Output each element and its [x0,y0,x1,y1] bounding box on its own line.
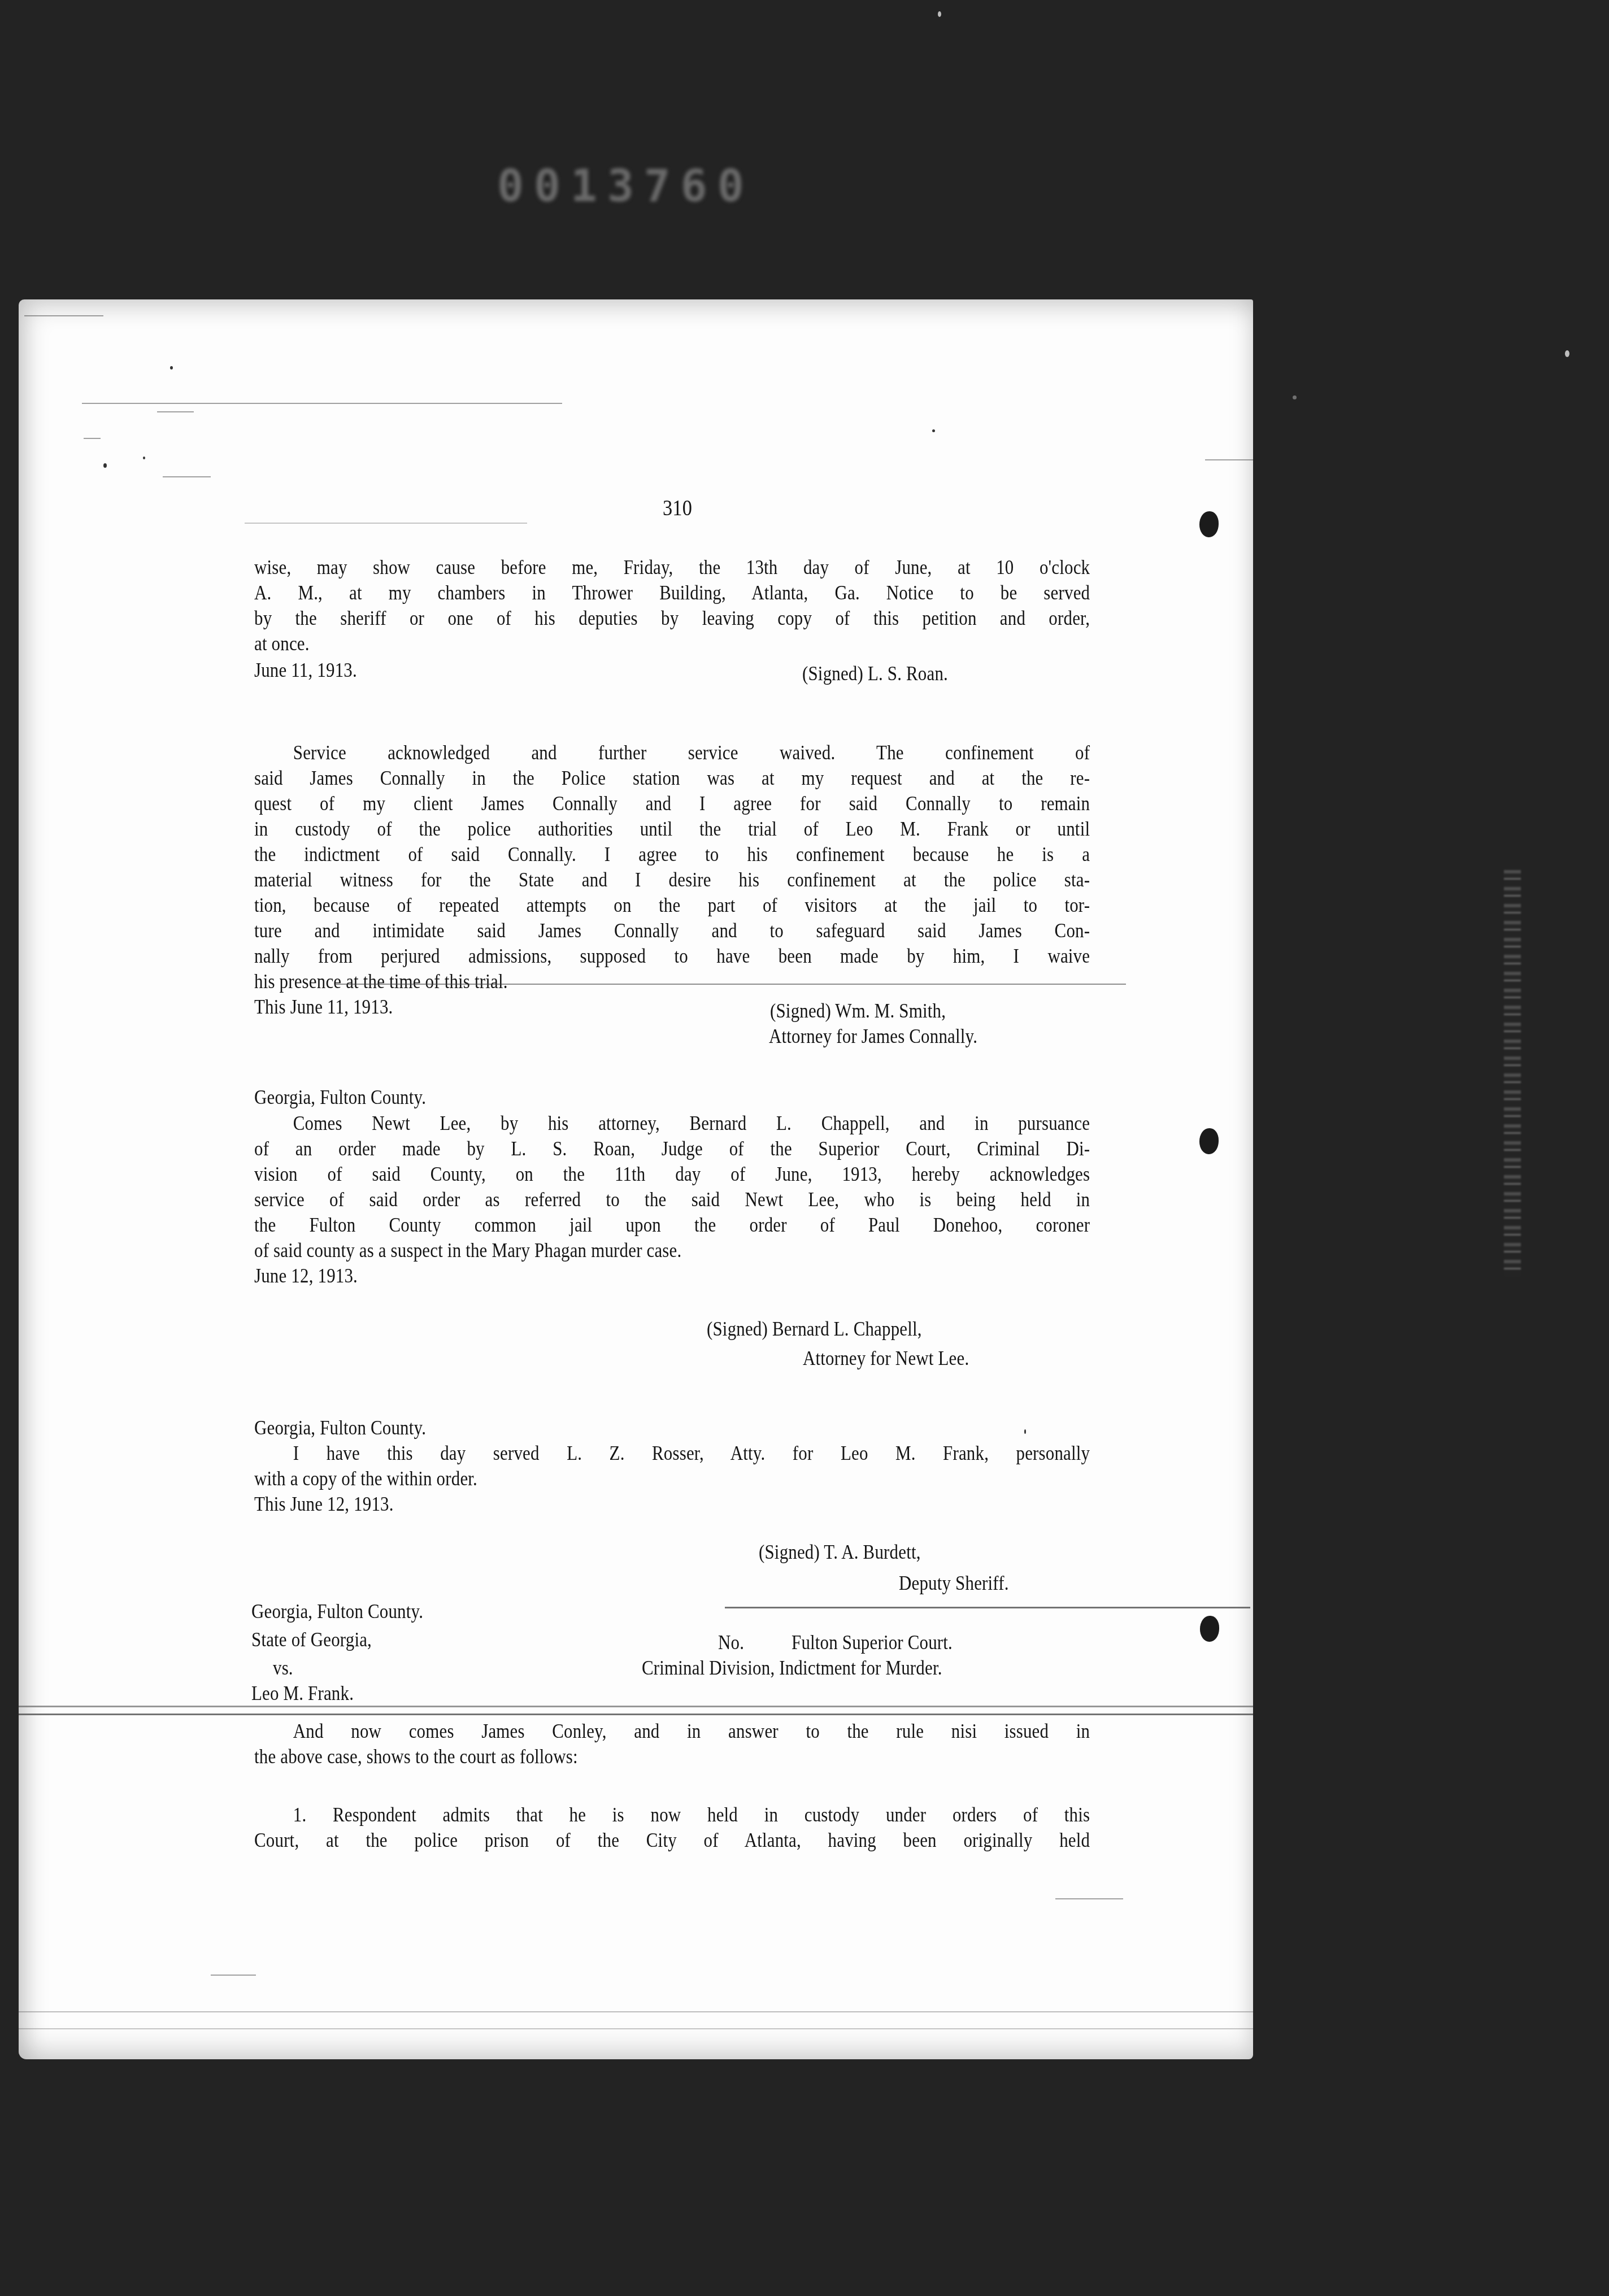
punch-hole [1199,511,1219,537]
text-line: And now comes James Conley, and in answe… [254,1719,1090,1744]
caption-versus: vs. [273,1655,293,1681]
smith-title: Attorney for James Connally. [769,1024,977,1049]
text-line: said James Connally in the Police statio… [254,766,1090,791]
text-line: the Fulton County common jail upon the o… [254,1212,1090,1238]
rule-line [725,1607,1250,1608]
text-line: Comes Newt Lee, by his attorney, Bernard… [254,1111,1090,1136]
caption-number-label: No. [718,1630,744,1655]
order-date: June 11, 1913. [254,658,357,683]
text-line: I have this day served L. Z. Rosser, Att… [254,1441,1090,1466]
text-line: quest of my client James Connally and I … [254,791,1090,816]
burdett-return: I have this day served L. Z. Rosser, Att… [254,1441,1090,1491]
rule-line [24,315,103,316]
roan-signature: (Signed) L. S. Roan. [802,661,948,686]
text-line: of said county as a suspect in the Mary … [254,1238,1090,1263]
rule-line [211,1975,256,1976]
smith-date: This June 11, 1913. [254,994,393,1020]
microfilm-frame-number: 0013760 [497,161,754,212]
chappell-acknowledgment: Comes Newt Lee, by his attorney, Bernard… [254,1111,1090,1263]
caption-rule [19,1714,1253,1715]
page-number: 310 [663,495,692,520]
text-line: Service acknowledged and further service… [254,740,1090,766]
text-line: service of said order as referred to the… [254,1187,1090,1212]
text-line: nally from perjured admissions, supposed… [254,943,1090,969]
rule-line [82,403,562,404]
text-line: vision of said County, on the 11th day o… [254,1162,1090,1187]
caption-venue: Georgia, Fulton County. [251,1599,423,1624]
text-line: his presence at the time of this trial. [254,969,1090,994]
text-line: A. M., at my chambers in Thrower Buildin… [254,580,1090,606]
scan-speck [938,11,941,17]
caption-defendant: Leo M. Frank. [251,1681,354,1706]
caption-division: Criminal Division, Indictment for Murder… [642,1655,942,1681]
rule-line [84,438,101,439]
text-line: by the sheriff or one of his deputies by… [254,606,1090,631]
text-line: the indictment of said Connally. I agree… [254,842,1090,867]
film-band [19,2028,1253,2029]
dust-speck [932,429,935,432]
smith-acknowledgment: Service acknowledged and further service… [254,740,1090,994]
text-line: of an order made by L. S. Roan, Judge of… [254,1136,1090,1162]
text-line: Court, at the police prison of the City … [254,1828,1090,1853]
text-line: with a copy of the within order. [254,1466,1090,1491]
text-line: the above case, shows to the court as fo… [254,1744,1090,1769]
caption-plaintiff: State of Georgia, [251,1627,372,1653]
conley-intro: And now comes James Conley, and in answe… [254,1719,1090,1769]
chappell-date: June 12, 1913. [254,1263,358,1289]
strike-line [335,984,1126,985]
caption-rule [19,1706,1253,1707]
smith-signature: (Signed) Wm. M. Smith, [770,998,946,1024]
dust-speck [170,366,173,369]
punch-hole [1199,1128,1219,1154]
punch-hole [1200,1616,1219,1642]
caption-court: Fulton Superior Court. [792,1630,953,1655]
rule-line [1205,459,1253,460]
burdett-title: Deputy Sheriff. [899,1571,1009,1596]
chappell-title: Attorney for Newt Lee. [803,1346,969,1371]
order-continuation: wise, may show cause before me, Friday, … [254,555,1090,656]
film-band [19,2011,1253,2012]
document-page: 310 wise, may show cause before me, Frid… [19,299,1253,2059]
scan-speck [1565,350,1569,357]
scan-speck [1293,395,1297,399]
dust-speck [103,463,107,468]
rule-line [157,411,194,412]
text-line: tion, because of repeated attempts on th… [254,893,1090,918]
text-line: 1. Respondent admits that he is now held… [254,1802,1090,1828]
text-line: material witness for the State and I des… [254,867,1090,893]
dust-speck [1024,1429,1026,1434]
rule-line [1055,1898,1123,1899]
text-line: ture and intimidate said James Connally … [254,918,1090,943]
conley-paragraph-1: 1. Respondent admits that he is now held… [254,1802,1090,1853]
rule-line [245,523,527,524]
burdett-venue: Georgia, Fulton County. [254,1415,426,1441]
text-line: wise, may show cause before me, Friday, … [254,555,1090,580]
rule-line [163,476,211,477]
burdett-date: This June 12, 1913. [254,1491,394,1517]
film-edge-noise [1504,870,1521,1277]
dust-speck [143,456,145,459]
chappell-venue: Georgia, Fulton County. [254,1085,426,1110]
chappell-signature: (Signed) Bernard L. Chappell, [707,1316,922,1342]
text-line: in custody of the police authorities unt… [254,816,1090,842]
burdett-signature: (Signed) T. A. Burdett, [759,1540,921,1565]
text-line: at once. [254,631,1090,656]
